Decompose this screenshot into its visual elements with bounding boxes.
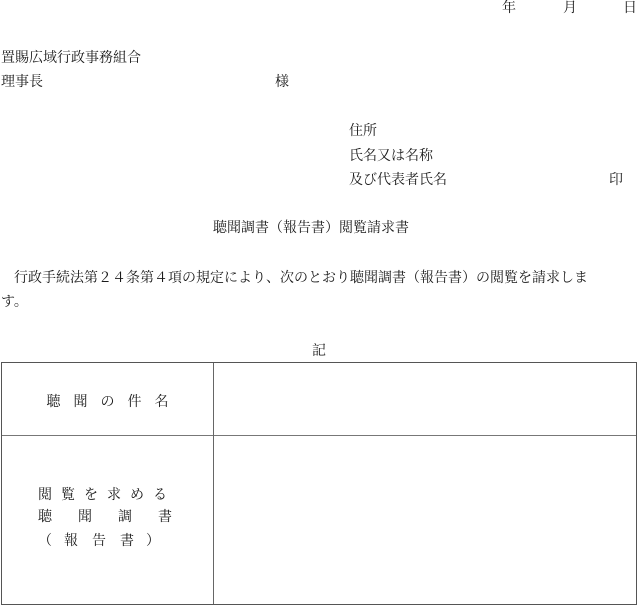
addressee-honorific: 様: [275, 74, 289, 90]
ki-marker: 記: [312, 343, 326, 359]
date-month: 月: [563, 0, 577, 16]
hearing-subject-value[interactable]: [215, 363, 637, 435]
requested-record-value[interactable]: [215, 437, 637, 603]
column-divider: [213, 363, 214, 604]
addressee-title: 理事長: [1, 74, 43, 90]
date-day: 日: [623, 0, 637, 16]
applicant-representative-label: 及び代表者氏名: [349, 172, 447, 188]
seal-mark: 印: [609, 172, 623, 188]
date-line: 年 月 日: [0, 0, 639, 16]
request-table: 聴聞の件名 閲覧を求める 聴聞調書 （報告書）: [1, 362, 637, 605]
applicant-address-label: 住所: [349, 123, 377, 139]
body-line-2: す。: [1, 294, 28, 310]
hearing-subject-label: 聴聞の件名: [2, 391, 213, 411]
requested-record-label: 閲覧を求める 聴聞調書 （報告書）: [38, 487, 178, 555]
addressee-organization: 置賜広域行政事務組合: [1, 50, 141, 66]
date-year: 年: [502, 0, 516, 16]
document-title: 聴聞調書（報告書）閲覧請求書: [213, 220, 409, 236]
body-line-1: 行政手続法第２４条第４項の規定により、次のとおり聴聞調書（報告書）の閲覧を請求し…: [14, 270, 588, 286]
row-divider: [2, 435, 636, 436]
applicant-name-label: 氏名又は名称: [349, 148, 433, 164]
